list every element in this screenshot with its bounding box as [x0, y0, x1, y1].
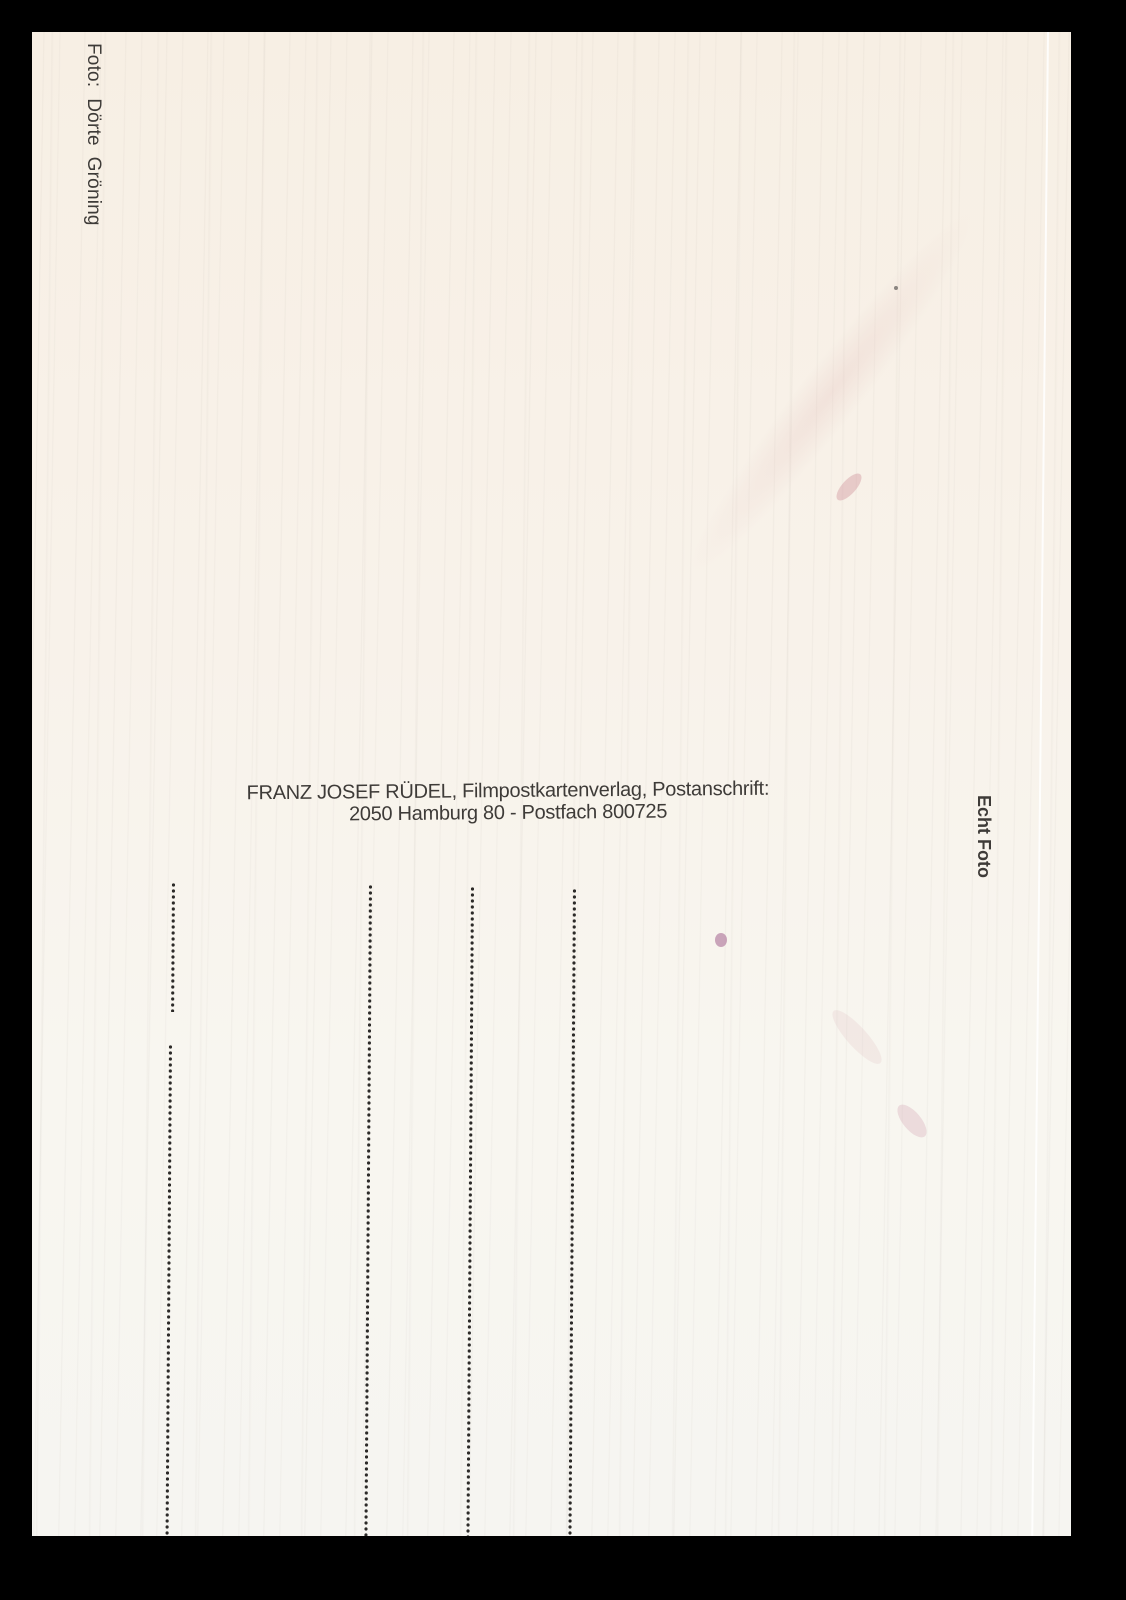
paper-crease [1031, 32, 1049, 1536]
postcard-back: Foto: Dörte Gröning FRANZ JOSEF RÜDEL, F… [32, 32, 1071, 1536]
divider-line-1b [166, 1044, 172, 1536]
photo-credit: Foto: Dörte Gröning [82, 43, 104, 226]
speck [894, 286, 898, 290]
stain-spot-upper [832, 470, 865, 505]
divider-line-4 [568, 888, 576, 1536]
stain-diagonal-lower [826, 1004, 888, 1069]
echt-foto-marking: Echt Foto [973, 795, 994, 878]
divider-line-3 [466, 886, 474, 1536]
publisher-imprint: FRANZ JOSEF RÜDEL, Filmpostkartenverlag,… [178, 777, 838, 827]
stain-dot [715, 933, 727, 947]
stain-spot-lower [892, 1100, 932, 1142]
divider-line-2 [364, 884, 372, 1536]
stain-diagonal-upper [667, 192, 997, 591]
divider-line-1a [171, 882, 175, 1012]
